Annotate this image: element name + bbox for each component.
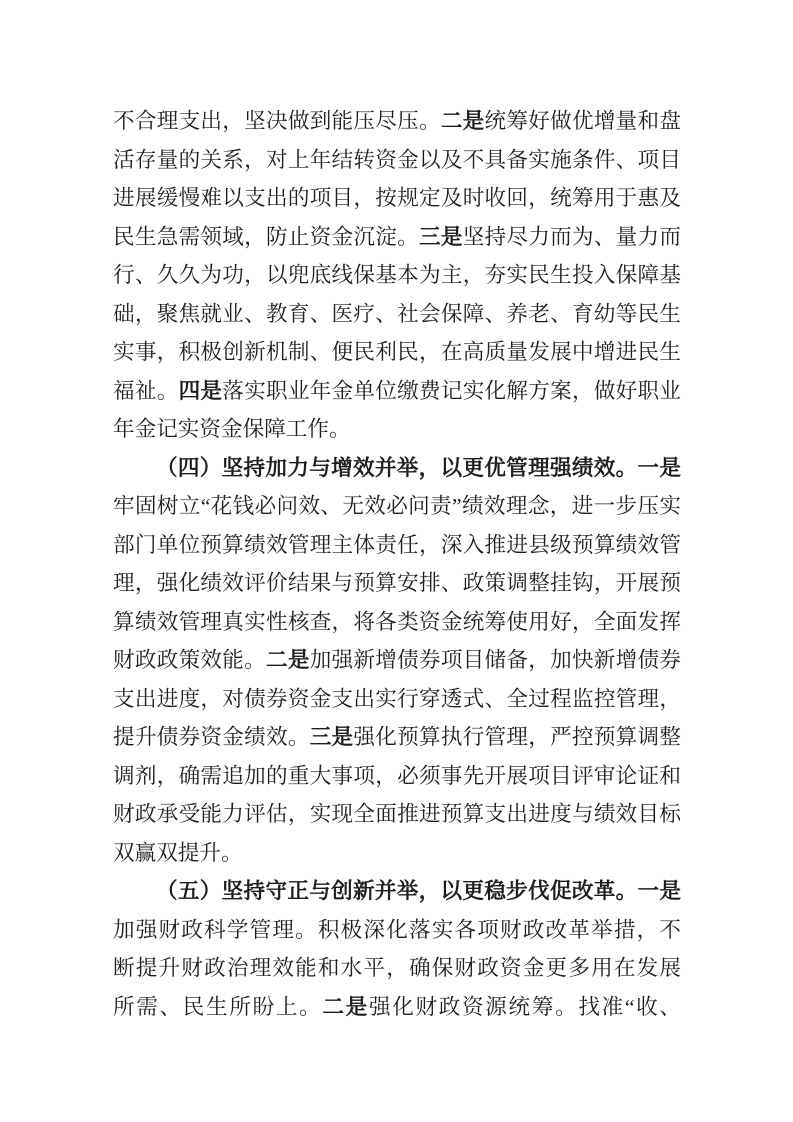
body-text: 坚持尽力而为、量力而: [463, 225, 681, 249]
text-line: 部门单位预算绩效管理主体责任，深入推进县级预算绩效管: [113, 526, 681, 565]
text-line: 民生急需领域，防止资金沉淀。三是坚持尽力而为、量力而: [113, 218, 681, 257]
body-text: 算绩效管理真实性核查，将各类资金统筹使用好，全面发挥: [113, 610, 681, 634]
emphasis-text: 二是: [441, 109, 485, 133]
text-line: 提升债券资金绩效。三是强化预算执行管理，严控预算调整: [113, 718, 681, 757]
text-line: 年金记实资金保障工作。: [113, 410, 681, 449]
body-text: 强化预算执行管理，严控预算调整: [353, 725, 681, 749]
body-text: 行、久久为功，以兜底线保基本为主，夯实民生投入保障基: [113, 263, 681, 287]
body-text: 提升债券资金绩效。: [113, 725, 310, 749]
text-line: 理，强化绩效评价结果与预算安排、政策调整挂钩，开展预: [113, 564, 681, 603]
document-page: 不合理支出，坚决做到能压尽压。二是统筹好做优增量和盘活存量的关系，对上年结转资金…: [0, 0, 793, 1122]
body-text: 所需、民生所盼上。: [113, 995, 322, 1019]
body-text: 活存量的关系，对上年结转资金以及不具备实施条件、项目: [113, 148, 681, 172]
text-line: 福祉。四是落实职业年金单位缴费记实化解方案，做好职业: [113, 372, 681, 411]
body-text: 落实职业年金单位缴费记实化解方案，做好职业: [222, 379, 681, 403]
text-line: 活存量的关系，对上年结转资金以及不具备实施条件、项目: [113, 141, 681, 180]
emphasis-text: 二是: [266, 648, 310, 672]
body-text: 理，强化绩效评价结果与预算安排、政策调整挂钩，开展预: [113, 571, 681, 595]
body-text: 统筹好做优增量和盘: [485, 109, 681, 133]
body-text: 加强财政科学管理。积极深化落实各项财政改革举措，不: [113, 918, 681, 942]
emphasis-text: 四是: [179, 379, 223, 403]
emphasis-text: 三是: [310, 725, 354, 749]
body-text: 支出进度，对债券资金支出实行穿透式、全过程监控管理，: [113, 687, 681, 711]
body-text: 财政政策效能。: [113, 648, 266, 672]
document-body: 不合理支出，坚决做到能压尽压。二是统筹好做优增量和盘活存量的关系，对上年结转资金…: [113, 102, 681, 1026]
body-text: 部门单位预算绩效管理主体责任，深入推进县级预算绩效管: [113, 533, 681, 557]
emphasis-text: （四）坚持加力与增效并举，以更优管理强绩效。一是: [156, 456, 681, 480]
text-line: 础，聚焦就业、教育、医疗、社会保障、养老、育幼等民生: [113, 295, 681, 334]
body-text: 财政承受能力评估，实现全面推进预算支出进度与绩效目标: [113, 802, 681, 826]
text-line: 进展缓慢难以支出的项目，按规定及时收回，统筹用于惠及: [113, 179, 681, 218]
text-line: （五）坚持守正与创新并举，以更稳步伐促改革。一是: [113, 872, 681, 911]
text-line: 实事，积极创新机制、便民利民，在高质量发展中增进民生: [113, 333, 681, 372]
emphasis-text: 二是: [322, 995, 369, 1019]
body-text: 调剂，确需追加的重大事项，必须事先开展项目评审论证和: [113, 764, 681, 788]
text-line: 支出进度，对债券资金支出实行穿透式、全过程监控管理，: [113, 680, 681, 719]
body-text: 年金记实资金保障工作。: [113, 417, 351, 441]
body-text: 础，聚焦就业、教育、医疗、社会保障、养老、育幼等民生: [113, 302, 681, 326]
body-text: 民生急需领域，防止资金沉淀。: [113, 225, 419, 249]
text-line: 加强财政科学管理。积极深化落实各项财政改革举措，不: [113, 911, 681, 950]
body-text: 断提升财政治理效能和水平，确保财政资金更多用在发展: [113, 956, 681, 980]
text-line: 算绩效管理真实性核查，将各类资金统筹使用好，全面发挥: [113, 603, 681, 642]
body-text: 牢固树立“花钱必问效、无效必问责”绩效理念，进一步压实: [113, 494, 681, 518]
text-line: 断提升财政治理效能和水平，确保财政资金更多用在发展: [113, 949, 681, 988]
body-text: 双赢双提升。: [113, 841, 243, 865]
text-line: 调剂，确需追加的重大事项，必须事先开展项目评审论证和: [113, 757, 681, 796]
text-line: 不合理支出，坚决做到能压尽压。二是统筹好做优增量和盘: [113, 102, 681, 141]
text-line: 财政政策效能。二是加强新增债券项目储备，加快新增债券: [113, 641, 681, 680]
text-line: 财政承受能力评估，实现全面推进预算支出进度与绩效目标: [113, 795, 681, 834]
body-text: 进展缓慢难以支出的项目，按规定及时收回，统筹用于惠及: [113, 186, 681, 210]
text-line: 双赢双提升。: [113, 834, 681, 873]
body-text: 不合理支出，坚决做到能压尽压。: [113, 109, 441, 133]
emphasis-text: 三是: [419, 225, 463, 249]
body-text: 加强新增债券项目储备，加快新增债券: [310, 648, 681, 672]
text-line: 行、久久为功，以兜底线保基本为主，夯实民生投入保障基: [113, 256, 681, 295]
emphasis-text: （五）坚持守正与创新并举，以更稳步伐促改革。一是: [156, 879, 681, 903]
text-line: （四）坚持加力与增效并举，以更优管理强绩效。一是: [113, 449, 681, 488]
body-text: 实事，积极创新机制、便民利民，在高质量发展中增进民生: [113, 340, 681, 364]
text-line: 所需、民生所盼上。二是强化财政资源统筹。找准“收、支、: [113, 988, 681, 1027]
body-text: 福祉。: [113, 379, 179, 403]
text-line: 牢固树立“花钱必问效、无效必问责”绩效理念，进一步压实: [113, 487, 681, 526]
